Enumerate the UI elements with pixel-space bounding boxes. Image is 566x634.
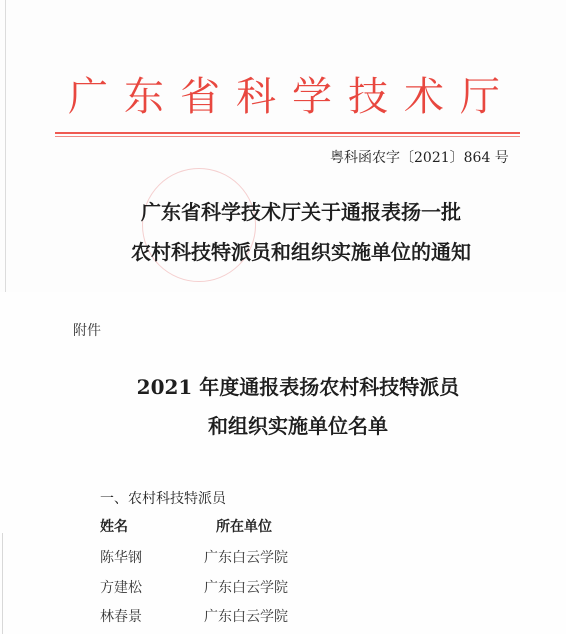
- person-unit: 广东白云学院: [204, 606, 288, 626]
- attachment-title-line-1: 2021 年度通报表扬农村科技特派员: [0, 373, 566, 401]
- document-number: 粤科函农字〔2021〕864 号: [330, 148, 509, 168]
- attachment-title-line-2: 和组织实施单位名单: [0, 412, 566, 440]
- person-name: 陈华钢: [100, 547, 142, 567]
- column-header-unit: 所在单位: [216, 516, 272, 536]
- person-name: 林春景: [100, 606, 142, 626]
- page-edge-border: [2, 533, 3, 634]
- column-header-name: 姓名: [100, 516, 128, 536]
- letterhead-red-rule: [55, 132, 520, 134]
- attachment-label: 附件: [73, 320, 101, 340]
- person-unit: 广东白云学院: [204, 577, 288, 597]
- agency-letterhead-title: 广东省科学技术厅: [0, 72, 566, 122]
- person-name: 方建松: [100, 577, 142, 597]
- notice-title-line-1: 广东省科学技术厅关于通报表扬一批: [0, 198, 566, 226]
- person-unit: 广东白云学院: [204, 547, 288, 567]
- letterhead-red-rule-thin: [55, 136, 520, 137]
- notice-title-line-2: 农村科技特派员和组织实施单位的通知: [0, 238, 566, 266]
- section-heading: 一、农村科技特派员: [100, 488, 226, 508]
